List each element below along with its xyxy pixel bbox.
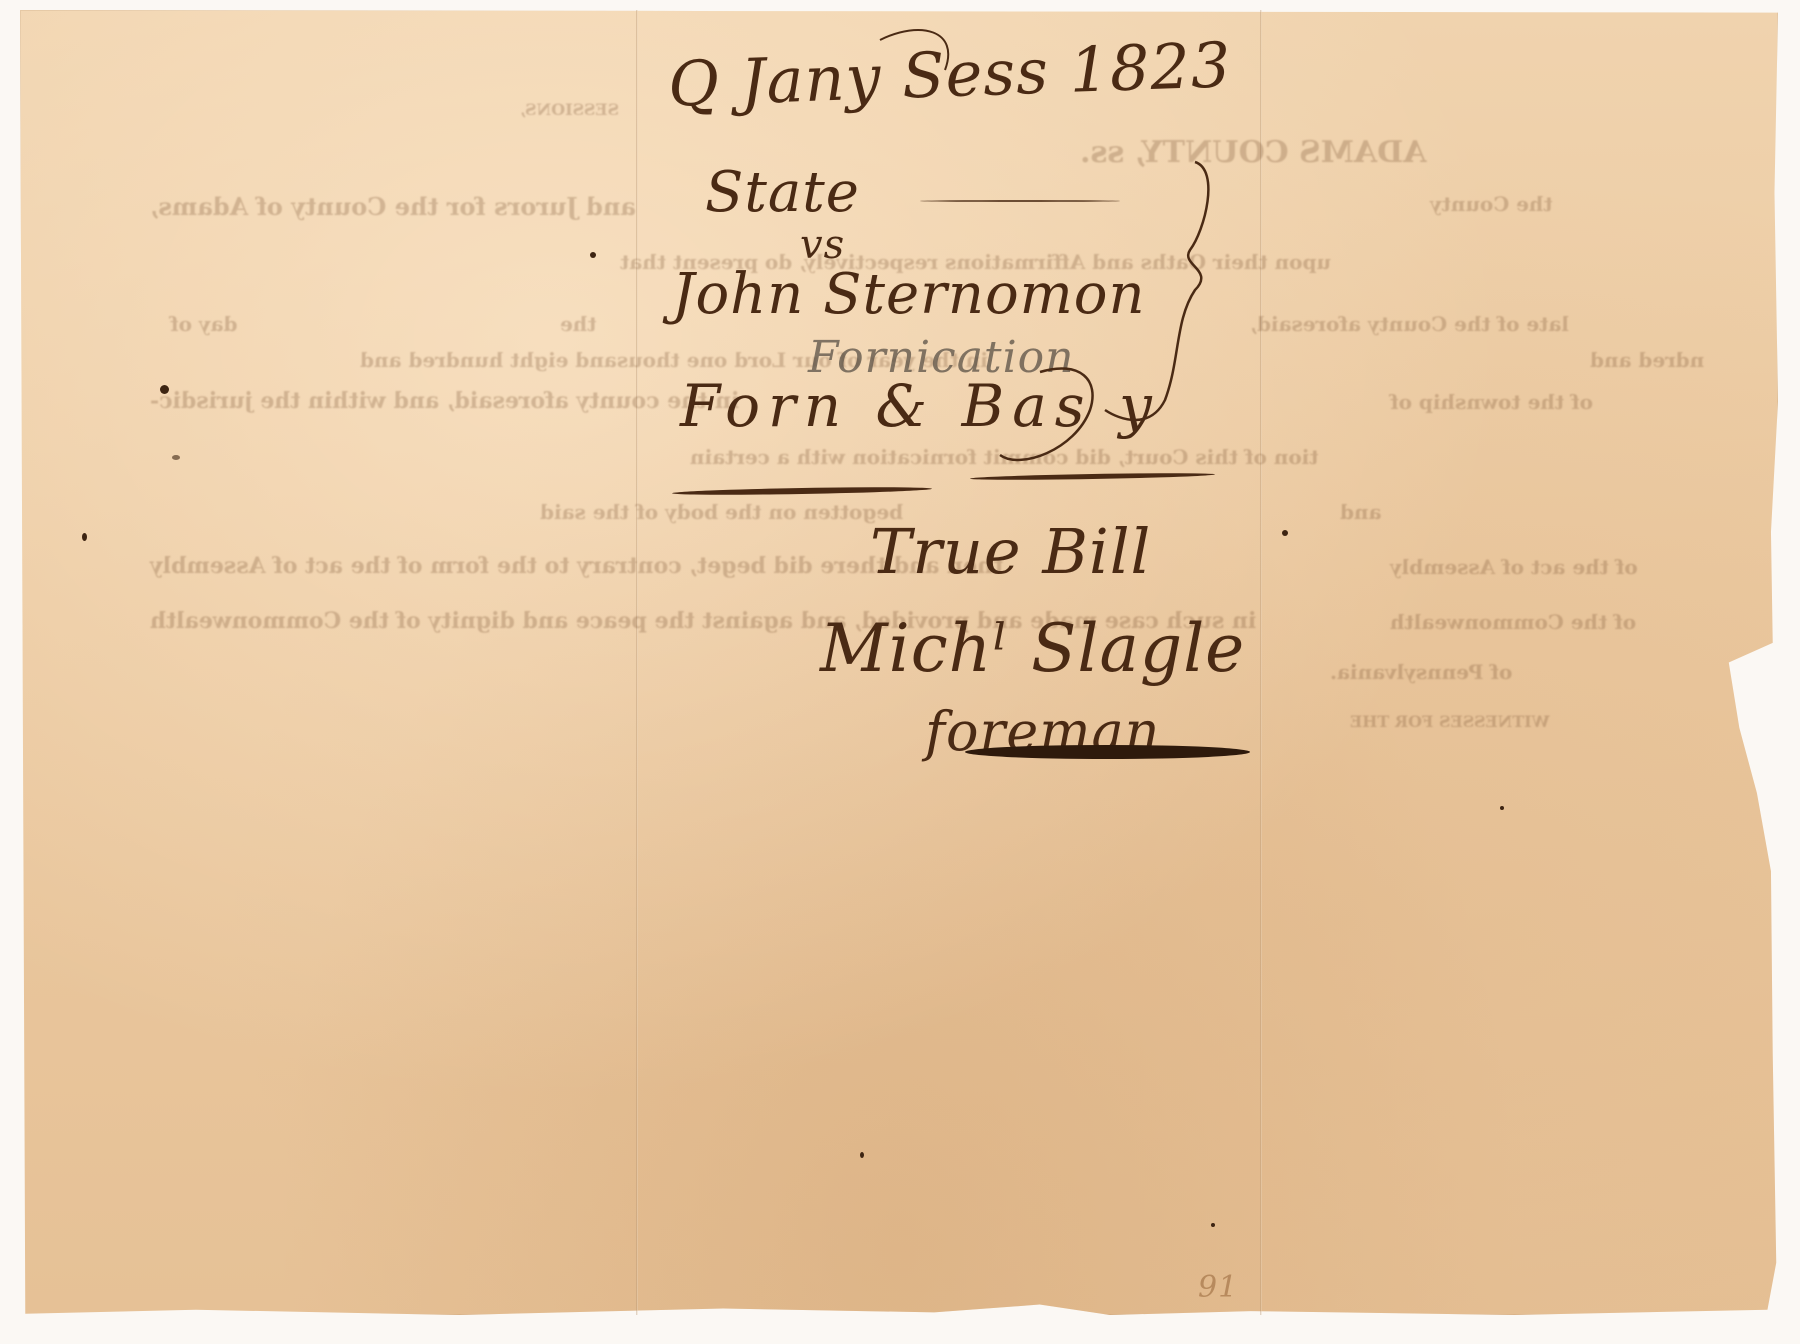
bleed-line: and [1340, 500, 1381, 524]
bleed-line: of Pennsylvania. [1330, 660, 1512, 684]
ink-speck [1211, 1223, 1215, 1227]
bleed-heading-adams-county: ADAMS COUNTY, ss. [1080, 135, 1426, 170]
ink-speck [82, 533, 87, 541]
finding-true-bill: True Bill [870, 515, 1151, 588]
ink-speck [590, 252, 596, 258]
caption-defendant: John Sternomon [672, 262, 1146, 327]
signature-underline [965, 745, 1250, 759]
pencil-number: 91 [1198, 1270, 1238, 1305]
bleed-line: SESSIONS, [520, 100, 619, 119]
ink-speck [1500, 806, 1504, 810]
ink-speck [172, 455, 180, 460]
caption-rule [920, 200, 1120, 202]
bleed-line: late of the County aforesaid, [1250, 312, 1569, 336]
bleed-line: of the Commonwealth [1390, 610, 1636, 634]
charge-text: Forn & Bas y [680, 372, 1160, 440]
bleed-line: tion of this Court, did commit fornicati… [690, 445, 1319, 469]
bleed-line: the [560, 312, 597, 336]
fold-line-left [636, 10, 638, 1315]
caption-plaintiff: State [705, 160, 860, 225]
ink-speck [160, 385, 169, 394]
bleed-line: in the county aforesaid, and within the … [150, 388, 739, 414]
bleed-line: ndred and [1590, 348, 1704, 372]
ink-speck [860, 1152, 864, 1158]
bleed-line: and Jurors for the County of Adams, [150, 192, 636, 221]
bleed-line: of the township of [1390, 390, 1593, 414]
ink-speck [1282, 530, 1288, 536]
bleed-line: of the act of Assembly [1390, 555, 1638, 579]
bleed-line: day of [170, 312, 237, 336]
bleed-line: begotten on the body of the said [540, 500, 903, 524]
bleed-line: WITNESSES FOR THE [1350, 712, 1550, 731]
foreman-signature: Michˡ Slagle [820, 610, 1245, 687]
fold-line-right [1260, 10, 1262, 1315]
bleed-line: the County [1430, 192, 1553, 216]
